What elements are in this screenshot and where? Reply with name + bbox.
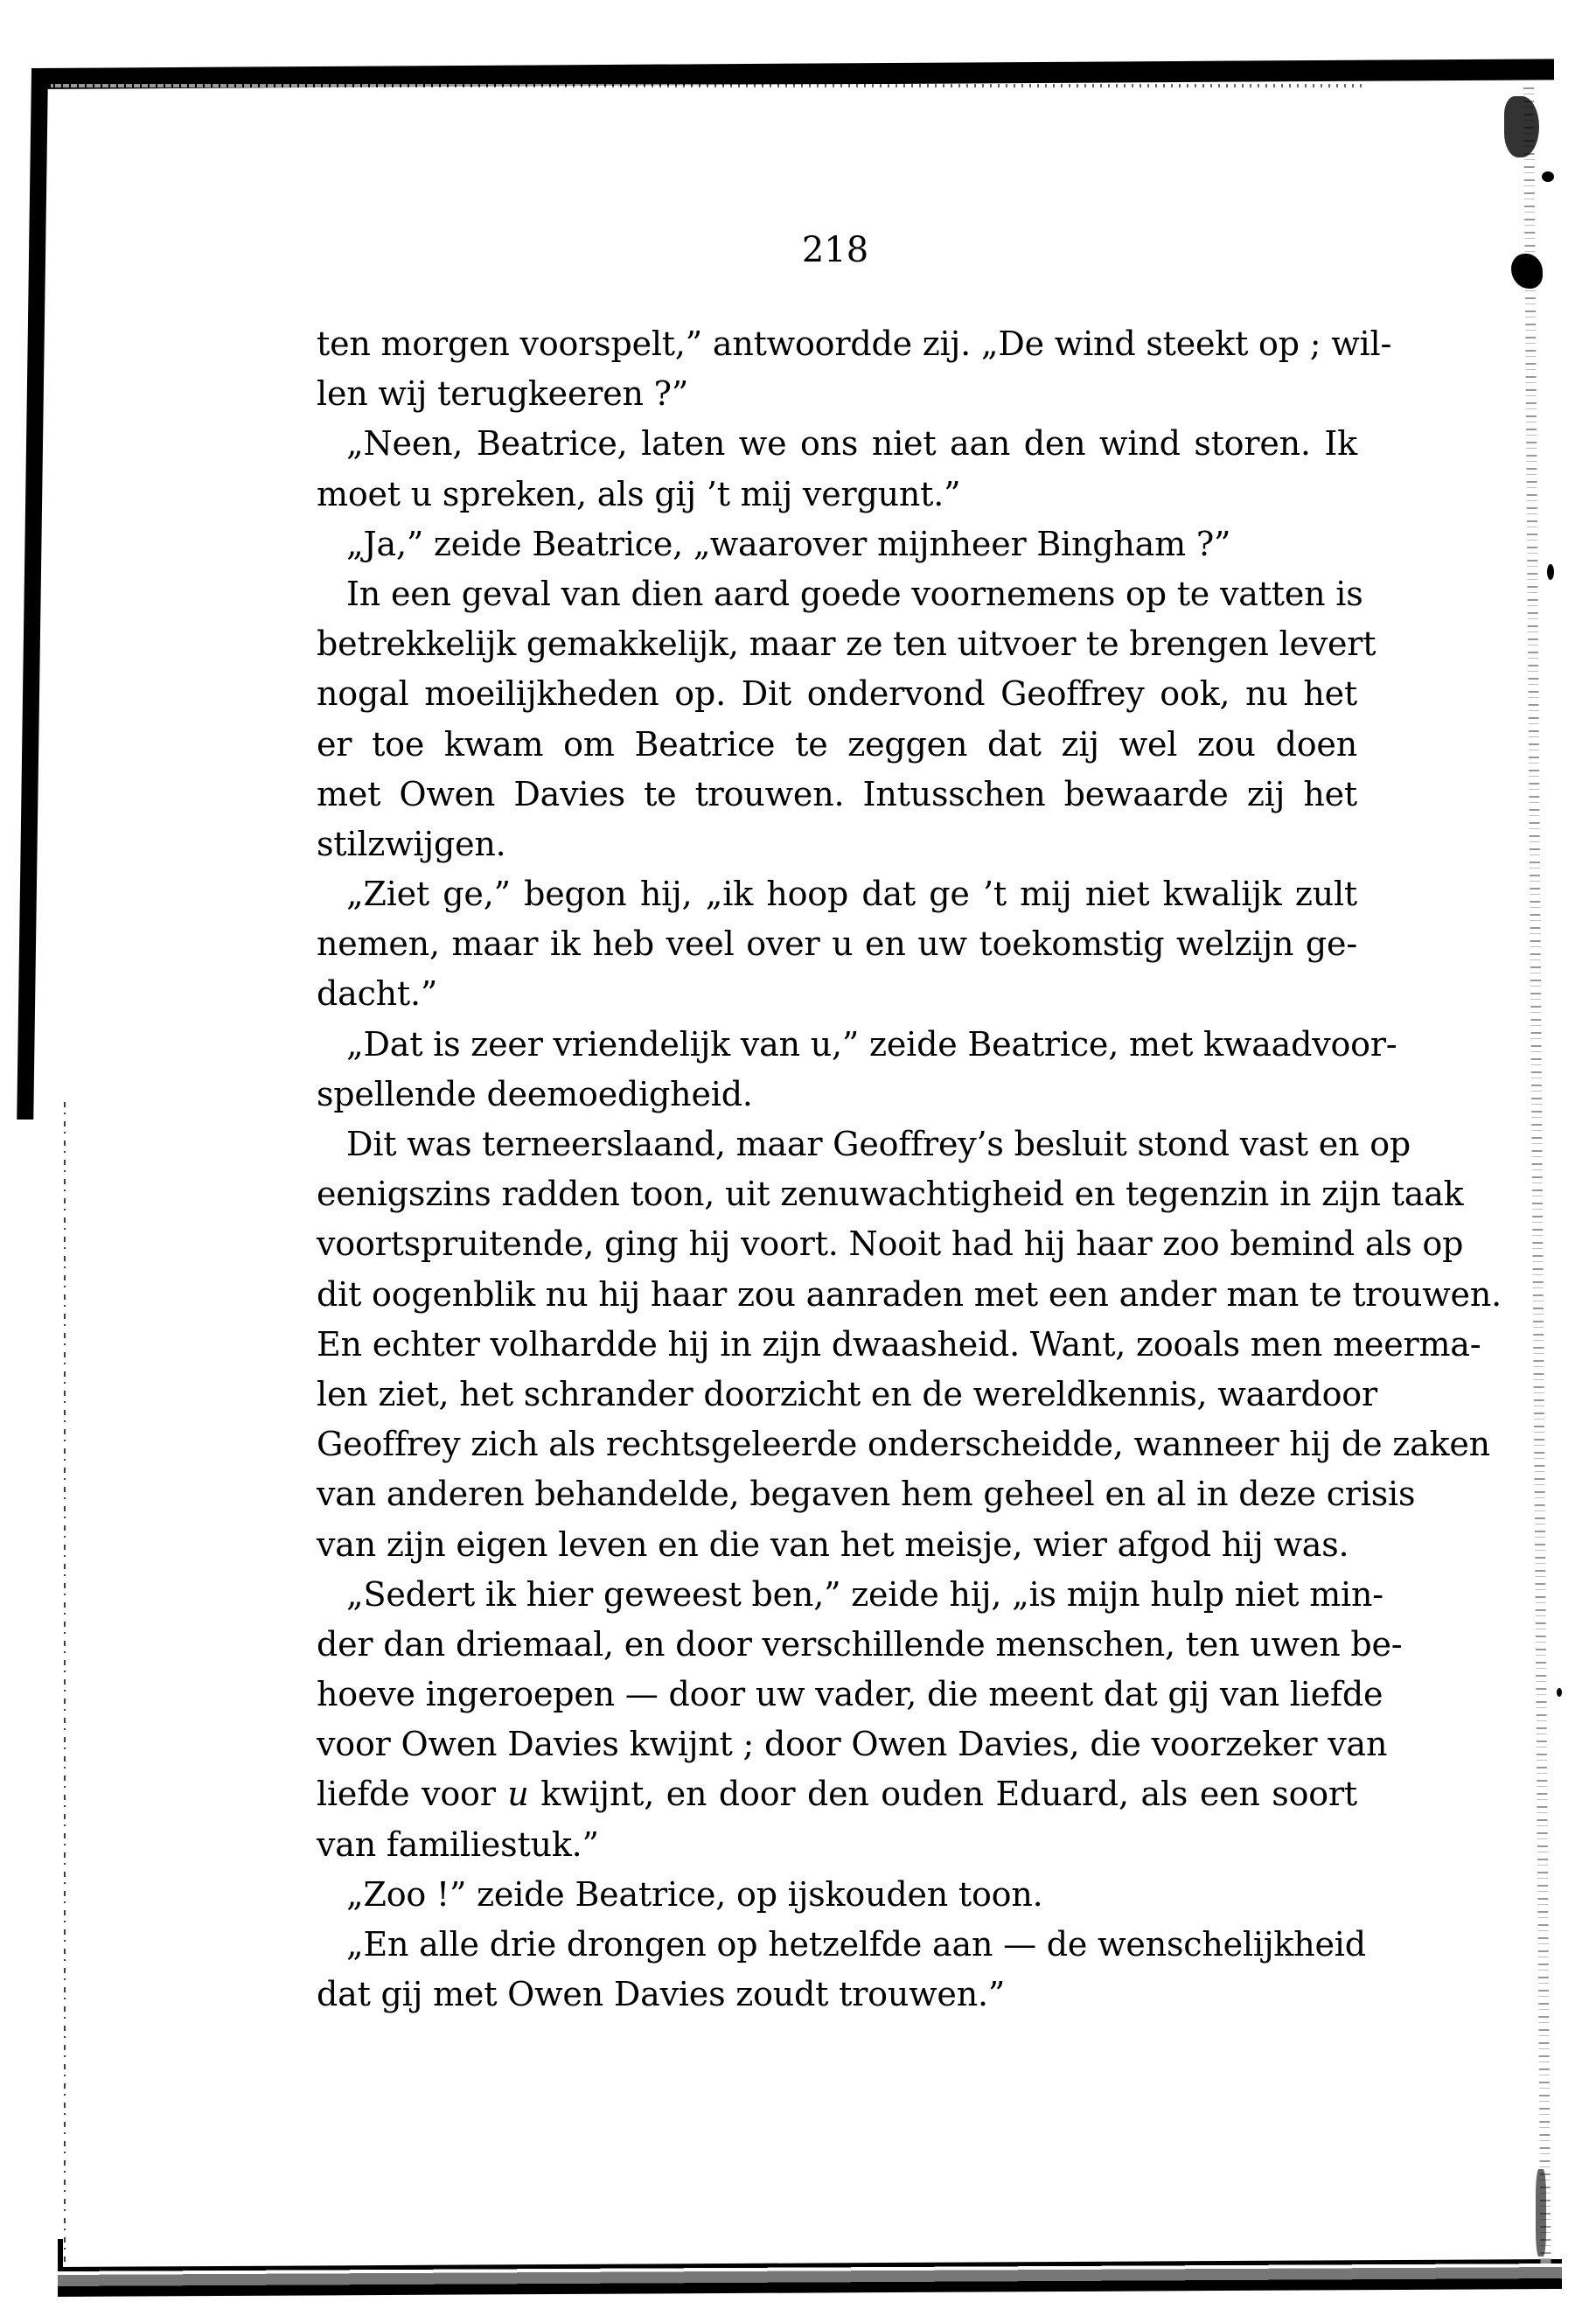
scan-ink-dot [1547,564,1554,580]
text-line: „Ziet ge,” begon hij, „ik hoop dat ge ’t… [317,869,1357,919]
scan-ink-smudge [1536,2169,1546,2257]
text-line: Geoffrey zich als rechtsgeleerde ondersc… [317,1420,1357,1469]
text-line: eenigszins radden toon, uit zenuwachtigh… [317,1169,1357,1219]
text-line: hoeve ingeroepen — door uw vader, die me… [317,1670,1357,1720]
emphasized-word: u [507,1775,528,1813]
text-line: En echter volhardde hij in zijn dwaashei… [317,1320,1357,1370]
scan-border-right-noise [1523,87,1551,2265]
scan-ink-dot [1542,171,1554,182]
text-line: der dan driemaal, en door verschillende … [317,1620,1357,1670]
text-line: „Ja,” zeide Beatrice, „waarover mijnheer… [317,520,1357,569]
text-line: „Zoo !” zeide Beatrice, op ijskouden too… [317,1870,1357,1920]
text-line: spellende deemoedigheid. [317,1070,1357,1120]
body-text: ten morgen voorspelt,” antwoordde zij. „… [317,319,1357,2020]
text-line: In een geval van dien aard goede voornem… [317,569,1357,619]
text-line: betrekkelijk gemakkelijk, maar ze ten ui… [317,619,1357,669]
text-line: stilzwijgen. [317,820,1357,869]
text-line: Dit was terneerslaand, maar Geoffrey’s b… [317,1120,1357,1169]
text-line: „Sedert ik hier geweest ben,” zeide hij,… [317,1570,1357,1620]
text-line: ten morgen voorspelt,” antwoordde zij. „… [317,319,1357,369]
scan-border-top-texture [51,84,1363,87]
text-line: voortspruitende, ging hij voort. Nooit h… [317,1219,1357,1269]
text-line: van anderen behandelde, begaven hem gehe… [317,1469,1357,1519]
text-line: „Dat is zeer vriendelijk van u,” zeide B… [317,1020,1357,1070]
scan-ink-dot [1557,1688,1562,1697]
text-line: „En alle drie drongen op hetzelfde aan —… [317,1920,1357,1970]
scan-border-bottom [58,2259,1562,2297]
text-line: er toe kwam om Beatrice te zeggen dat zi… [317,720,1357,770]
text-line: len ziet, het schrander doorzicht en de … [317,1370,1357,1420]
text-line: moet u spreken, als gij ’t mij vergunt.” [317,470,1357,520]
text-line: met Owen Davies te trouwen. Intusschen b… [317,770,1357,820]
scan-ink-blot [1504,96,1539,157]
text-line: van familiestuk.” [317,1820,1357,1870]
scan-border-left [17,70,48,1120]
text-line: „Neen, Beatrice, laten we ons niet aan d… [317,419,1357,469]
page-number: 218 [0,229,1596,271]
text-line: dacht.” [317,969,1357,1019]
text-line: dit oogenblik nu hij haar zou aanraden m… [317,1270,1357,1320]
text-line: voor Owen Davies kwijnt ; door Owen Davi… [317,1720,1357,1769]
text-line: dat gij met Owen Davies zoudt trouwen.” [317,1970,1357,2020]
text-line: liefde voor u kwijnt, en door den ouden … [317,1769,1357,1819]
text-line: len wij terugkeeren ?” [317,369,1357,419]
text-line: nemen, maar ik heb veel over u en uw toe… [317,919,1357,969]
text-line: nogal moeilijkheden op. Dit ondervond Ge… [317,669,1357,719]
text-line: van zijn eigen leven en die van het meis… [317,1520,1357,1570]
scan-border-left-faint [64,1102,66,2274]
